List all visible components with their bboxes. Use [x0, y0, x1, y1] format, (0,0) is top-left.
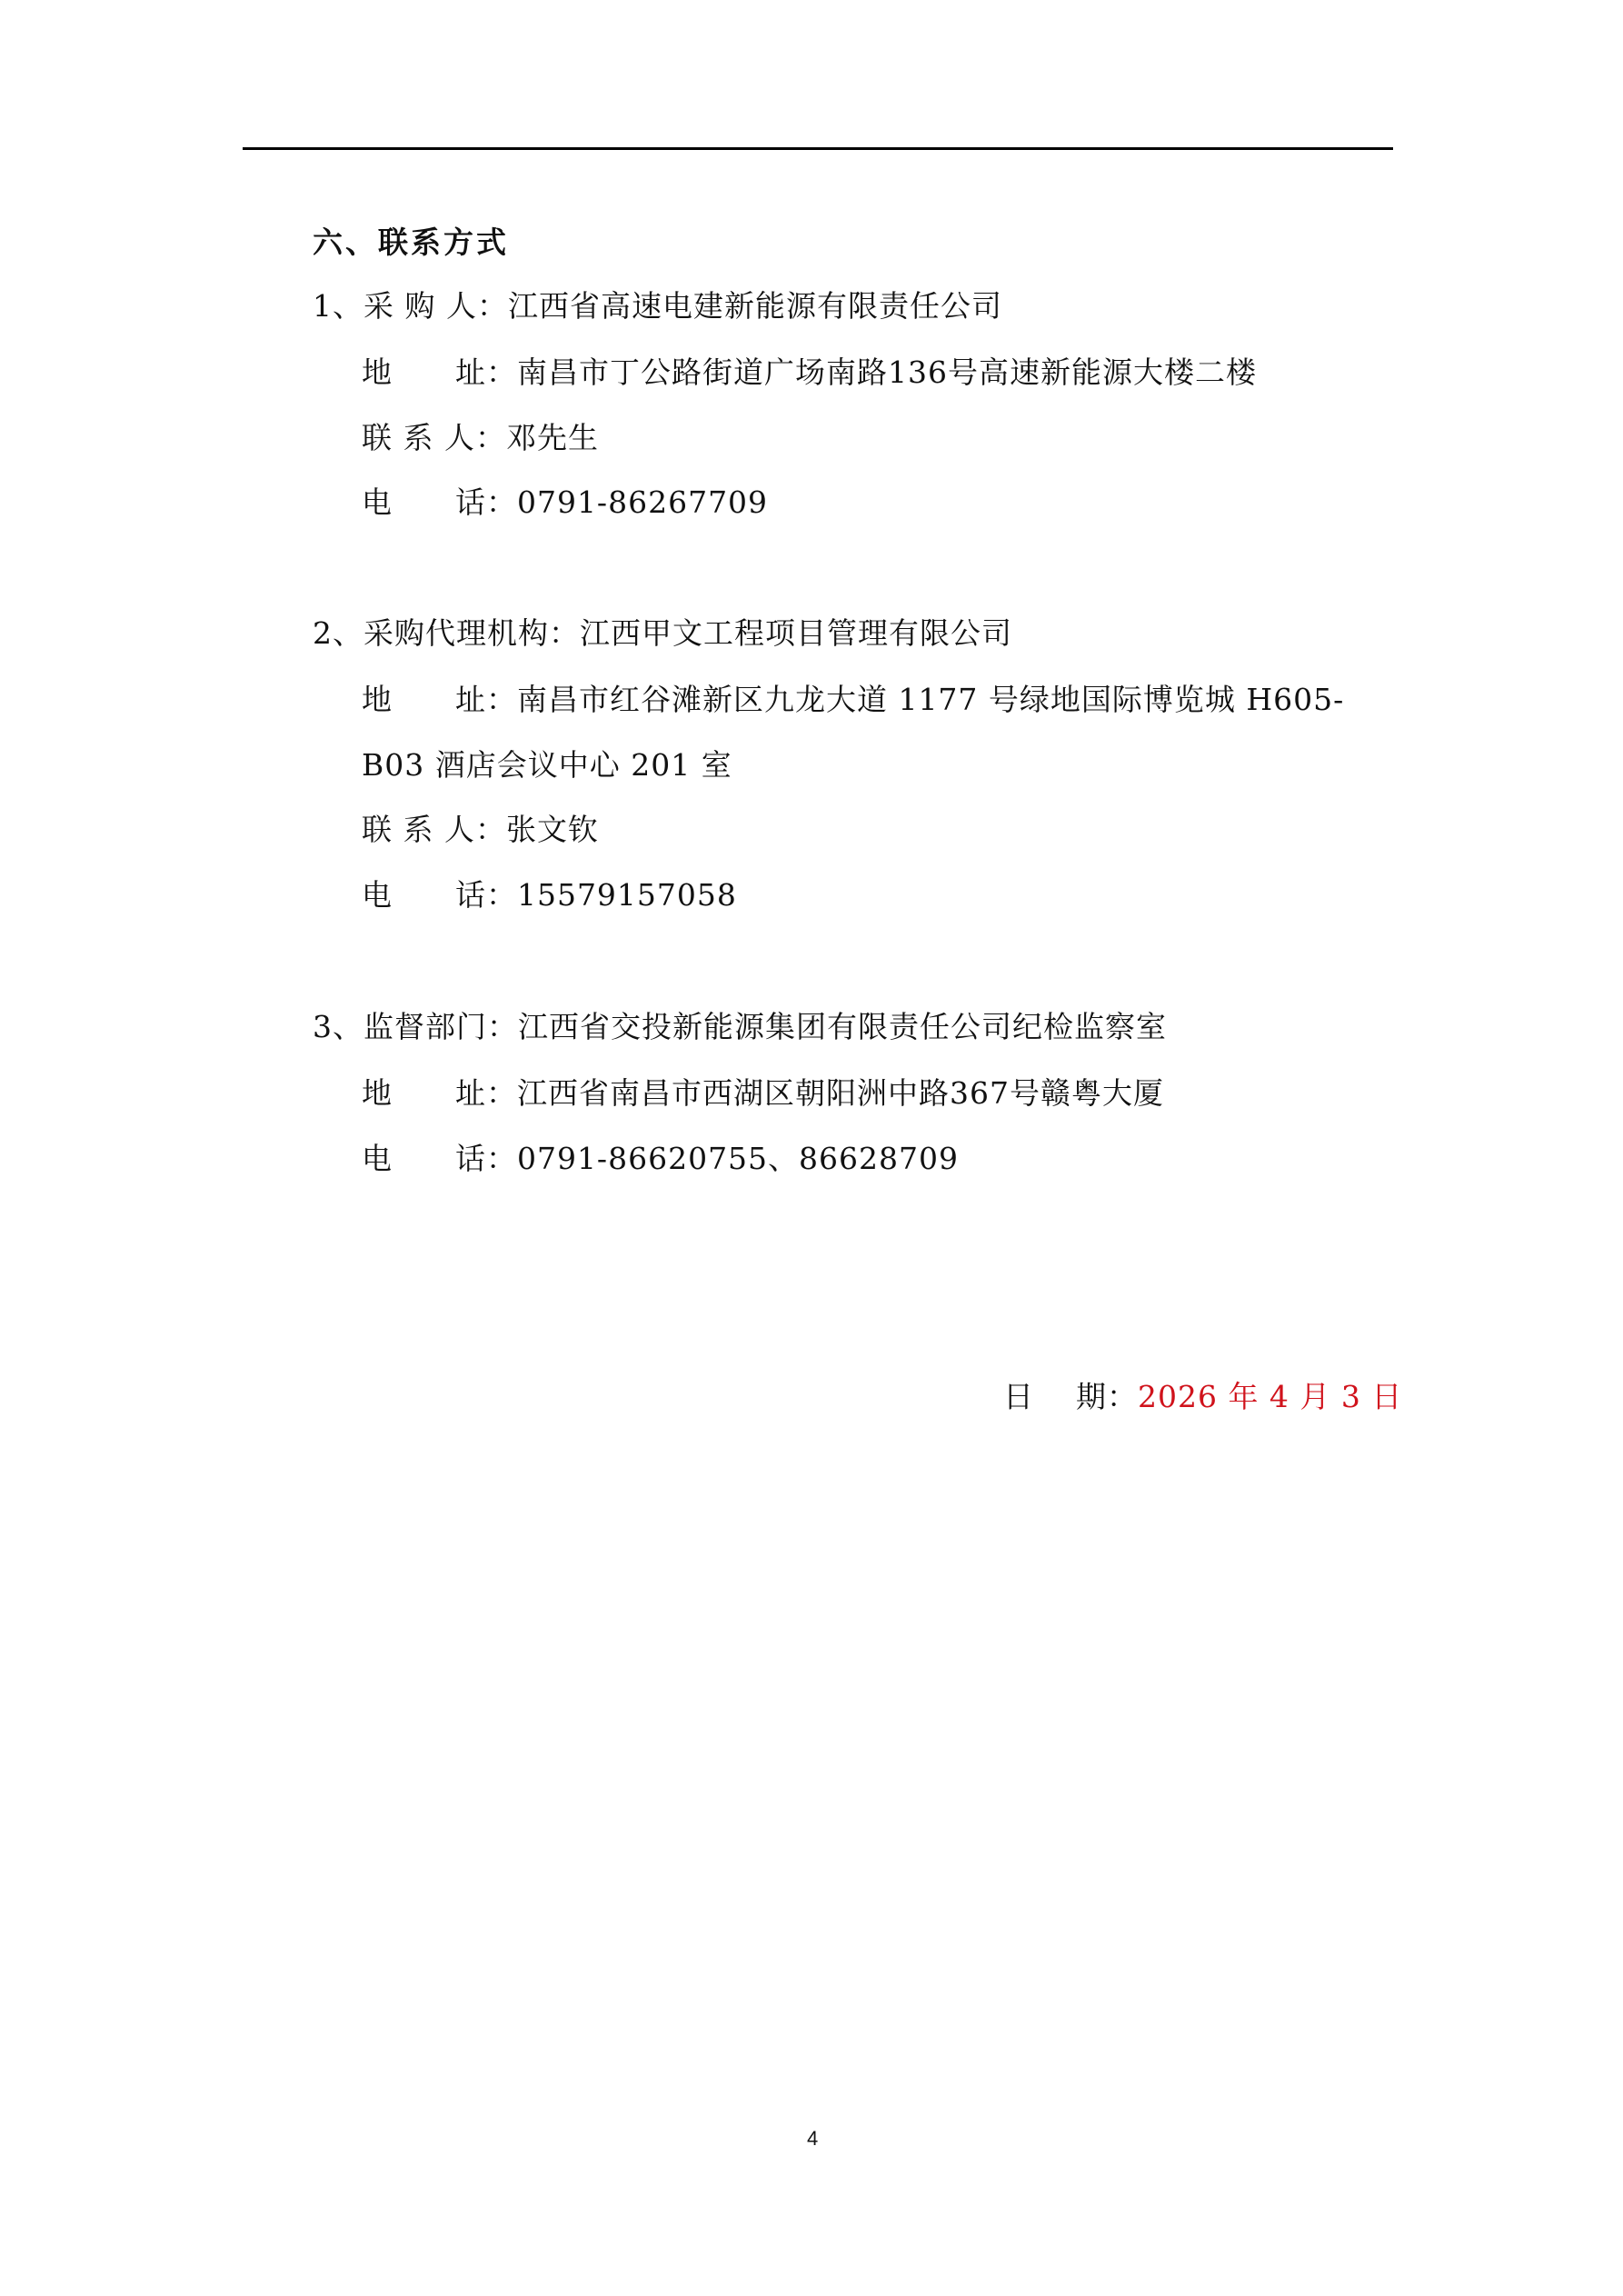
supervisor-phone: 0791-86620755、86628709: [517, 1141, 959, 1176]
purchaser-row: 1、采 购 人：江西省高速电建新能源有限责任公司: [313, 288, 1002, 324]
agency-row: 2、采购代理机构：江西甲文工程项目管理有限公司: [313, 615, 1012, 652]
agency-label: 采购代理机构：: [363, 615, 580, 651]
page-number: 4: [807, 2127, 818, 2151]
purchaser-contact: 邓先生: [506, 420, 599, 455]
purchaser-address-label: 地 址：: [362, 354, 517, 390]
agency-phone: 15579157058: [517, 877, 737, 913]
section-title: 六、联系方式: [313, 225, 509, 261]
supervisor-phone-row: 电 话：0791-86620755、86628709: [362, 1141, 959, 1177]
agency-value: 江西甲文工程项目管理有限公司: [580, 615, 1012, 651]
purchaser-address-row: 地 址：南昌市丁公路街道广场南路136号高速新能源大楼二楼: [362, 354, 1257, 391]
agency-contact-label: 联 系 人：: [362, 812, 506, 847]
agency-phone-label: 电 话：: [362, 877, 517, 913]
purchaser-contact-row: 联 系 人：邓先生: [362, 420, 599, 456]
purchaser-phone-row: 电 话：0791-86267709: [362, 484, 768, 521]
date-row: 日 期：2026 年 4 月 3 日: [1003, 1379, 1402, 1415]
agency-phone-row: 电 话：15579157058: [362, 877, 737, 913]
agency-address-label: 地 址：: [362, 682, 517, 717]
supervisor-address: 江西省南昌市西湖区朝阳洲中路367号赣粤大厦: [517, 1075, 1164, 1111]
purchaser-label: 采 购 人：: [363, 288, 508, 324]
supervisor-phone-label: 电 话：: [362, 1141, 517, 1176]
supervisor-prefix: 3、: [313, 1009, 363, 1044]
supervisor-value: 江西省交投新能源集团有限责任公司纪检监察室: [518, 1009, 1167, 1044]
agency-address-row: 地 址：南昌市红谷滩新区九龙大道 1177 号绿地国际博览城 H605-: [362, 682, 1344, 718]
purchaser-phone: 0791-86267709: [517, 484, 768, 520]
agency-contact-row: 联 系 人：张文钦: [362, 812, 599, 848]
purchaser-contact-label: 联 系 人：: [362, 420, 506, 455]
agency-contact: 张文钦: [506, 812, 599, 847]
supervisor-address-label: 地 址：: [362, 1075, 517, 1111]
date-label: 日 期：: [1003, 1379, 1138, 1414]
supervisor-label: 监督部门：: [363, 1009, 518, 1044]
header-rule: [243, 147, 1393, 150]
supervisor-address-row: 地 址：江西省南昌市西湖区朝阳洲中路367号赣粤大厦: [362, 1075, 1164, 1112]
purchaser-value: 江西省高速电建新能源有限责任公司: [508, 288, 1002, 324]
purchaser-address: 南昌市丁公路街道广场南路136号高速新能源大楼二楼: [517, 354, 1257, 390]
purchaser-prefix: 1、: [313, 288, 363, 324]
agency-address-line1: 南昌市红谷滩新区九龙大道 1177 号绿地国际博览城 H605-: [517, 682, 1344, 717]
date-value: 2026 年 4 月 3 日: [1138, 1379, 1402, 1414]
supervisor-row: 3、监督部门：江西省交投新能源集团有限责任公司纪检监察室: [313, 1009, 1167, 1045]
agency-prefix: 2、: [313, 615, 363, 651]
purchaser-phone-label: 电 话：: [362, 484, 517, 520]
agency-address-continued: B03 酒店会议中心 201 室: [362, 747, 732, 784]
